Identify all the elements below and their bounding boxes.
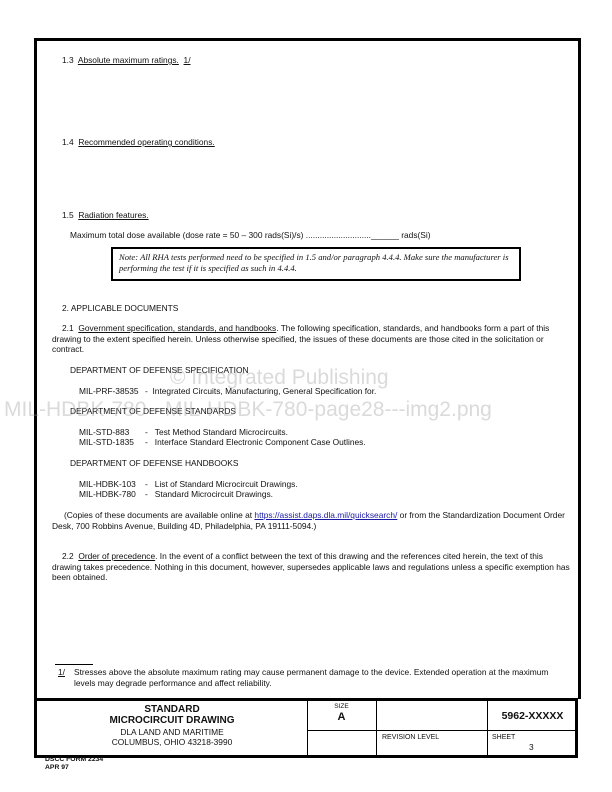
footnote-text: Stresses above the absolute maximum rati… <box>74 667 564 688</box>
footnote-divider <box>55 664 93 665</box>
divider <box>307 730 575 731</box>
section-number: 1.4 <box>62 137 74 147</box>
dod-handbooks-heading: DEPARTMENT OF DEFENSE HANDBOOKS <box>70 458 238 469</box>
dose-unit: rads(Si) <box>401 230 430 240</box>
doc-id: MIL-HDBK-103 <box>79 479 145 490</box>
sheet-label: SHEET <box>492 734 515 741</box>
section-2-1: 2.1 Government specification, standards,… <box>52 323 570 355</box>
section-title: Government specification, standards, and… <box>78 323 276 333</box>
section-number: 1.3 <box>62 55 74 65</box>
section-title: Order of precedence <box>78 551 155 561</box>
section-number: 2.1 <box>62 323 74 333</box>
form-number: DSCC FORM 2234 <box>45 756 103 764</box>
section-2-2: 2.2 Order of precedence. In the event of… <box>52 551 570 583</box>
doc-list-item: MIL-STD-1835- Interface Standard Electro… <box>79 437 366 448</box>
doc-id: MIL-PRF-38535 <box>79 386 145 397</box>
footnote-marker: 1/ <box>58 667 65 678</box>
section-number: 2.2 <box>62 551 74 561</box>
assist-link[interactable]: https://assist.daps.dla.mil/quicksearch/ <box>254 510 397 520</box>
size-cell: SIZE A <box>307 703 376 723</box>
form-date: APR 97 <box>45 764 69 772</box>
doc-desc: Integrated Circuits, Manufacturing, Gene… <box>152 386 376 396</box>
address-line: COLUMBUS, OHIO 43218-3990 <box>37 737 307 747</box>
footnote-reference: 1/ <box>184 55 191 65</box>
rha-note-box: Note: All RHA tests performed need to be… <box>111 247 521 281</box>
dose-label: Maximum total dose available (dose rate … <box>70 230 371 240</box>
title-block: STANDARD MICROCIRCUIT DRAWING DLA LAND A… <box>34 698 578 758</box>
section-1-4: 1.4 Recommended operating conditions. <box>62 137 215 148</box>
section-title: Recommended operating conditions. <box>78 137 214 147</box>
doc-desc: Interface Standard Electronic Component … <box>155 437 366 447</box>
doc-list-item: MIL-PRF-38535- Integrated Circuits, Manu… <box>79 386 376 397</box>
dose-blank: ______ <box>371 230 399 240</box>
agency-line: DLA LAND AND MARITIME <box>37 727 307 737</box>
dose-line: Maximum total dose available (dose rate … <box>70 230 431 241</box>
dod-spec-heading: DEPARTMENT OF DEFENSE SPECIFICATION <box>70 365 249 376</box>
doc-id: MIL-STD-1835 <box>79 437 145 448</box>
doc-list-item: MIL-STD-883- Test Method Standard Microc… <box>79 427 288 438</box>
sheet-number: 3 <box>529 742 534 752</box>
section-1-5: 1.5 Radiation features. <box>62 210 149 221</box>
title-line: MICROCIRCUIT DRAWING <box>37 715 307 727</box>
revision-label: REVISION LEVEL <box>382 734 439 741</box>
section-2-heading: 2. APPLICABLE DOCUMENTS <box>62 303 178 314</box>
dod-standards-heading: DEPARTMENT OF DEFENSE STANDARDS <box>70 406 236 417</box>
section-title: Absolute maximum ratings. <box>78 55 179 65</box>
doc-desc: Test Method Standard Microcircuits. <box>155 427 288 437</box>
doc-id: MIL-HDBK-780 <box>79 489 145 500</box>
drawing-title: STANDARD MICROCIRCUIT DRAWING DLA LAND A… <box>37 704 307 747</box>
divider <box>376 701 377 755</box>
section-1-3: 1.3 Absolute maximum ratings. 1/ <box>62 55 191 66</box>
doc-desc: List of Standard Microcircuit Drawings. <box>155 479 298 489</box>
section-number: 1.5 <box>62 210 74 220</box>
doc-id: MIL-STD-883 <box>79 427 145 438</box>
doc-list-item: MIL-HDBK-780- Standard Microcircuit Draw… <box>79 489 273 500</box>
size-label: SIZE <box>307 703 376 711</box>
title-line: STANDARD <box>37 704 307 715</box>
doc-list-item: MIL-HDBK-103- List of Standard Microcirc… <box>79 479 298 490</box>
copies-paragraph: (Copies of these documents are available… <box>52 510 570 531</box>
drawing-number: 5962-XXXXX <box>487 710 578 722</box>
size-value: A <box>307 711 376 723</box>
section-title: Radiation features. <box>78 210 148 220</box>
copies-text: (Copies of these documents are available… <box>64 510 254 520</box>
doc-desc: Standard Microcircuit Drawings. <box>155 489 273 499</box>
